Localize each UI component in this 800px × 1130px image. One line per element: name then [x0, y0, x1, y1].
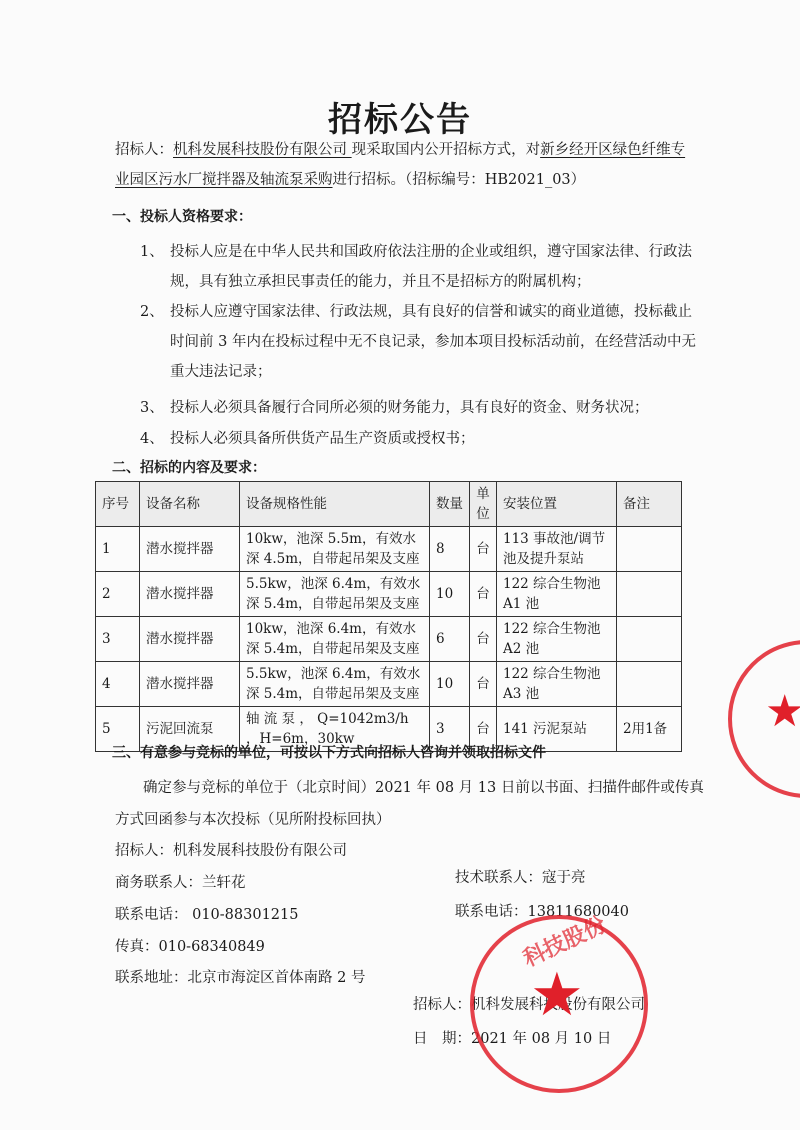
- cell-name: 潜水搅拌器: [140, 527, 240, 572]
- project-name-part2: 业园区污水厂搅拌器及轴流泵采购: [115, 172, 333, 188]
- req-1-line-1: 投标人应是在中华人民共和国政府依法注册的企业或组织，遵守国家法律、行政法: [170, 240, 692, 261]
- cell-location: 122 综合生物池 A1 池: [497, 572, 617, 617]
- cell-remark: 2用1备: [617, 707, 682, 752]
- col-header-location: 安装位置: [497, 482, 617, 527]
- tender-number: 进行招标。（招标编号：HB2021_03）: [333, 172, 586, 188]
- cell-no: 3: [96, 617, 140, 662]
- req-3-num: 3、: [140, 396, 164, 417]
- cell-spec: 10kw，池深 6.4m，有效水深 5.4m，自带起吊架及支座: [240, 617, 430, 662]
- cell-name: 潜水搅拌器: [140, 572, 240, 617]
- tech-contact: 技术联系人：寇于亮: [455, 866, 586, 887]
- table-row: 2 潜水搅拌器 5.5kw，池深 6.4m，有效水深 5.4m，自带起吊架及支座…: [96, 572, 682, 617]
- cell-qty: 10: [430, 662, 470, 707]
- cell-unit: 台: [470, 662, 497, 707]
- col-header-qty: 数量: [430, 482, 470, 527]
- document-title: 招标公告: [0, 92, 800, 141]
- table-row: 4 潜水搅拌器 5.5kw，池深 6.4m，有效水深 5.4m，自带起吊架及支座…: [96, 662, 682, 707]
- cell-unit: 台: [470, 617, 497, 662]
- cell-qty: 6: [430, 617, 470, 662]
- seal-star-icon: ★: [530, 965, 584, 1025]
- req-3-line-1: 投标人必须具备履行合同所必须的财务能力，具有良好的资金、财务状况；: [170, 396, 649, 417]
- cell-name: 潜水搅拌器: [140, 662, 240, 707]
- section-3-heading: 三、有意参与竞标的单位，可按以下方式向招标人咨询并领取招标文件: [112, 742, 546, 762]
- cell-remark: [617, 572, 682, 617]
- intro-line-1: 招标人：机科发展科技股份有限公司 现采取国内公开招标方式，对新乡经开区绿色纤维专: [115, 138, 685, 159]
- cell-remark: [617, 662, 682, 707]
- cell-location: 113 事故池/调节池及提升泵站: [497, 527, 617, 572]
- tenderer-name: 机科发展科技股份有限公司: [173, 142, 352, 158]
- req-2-num: 2、: [140, 300, 164, 321]
- cell-spec: 5.5kw，池深 6.4m，有效水深 5.4m，自带起吊架及支座: [240, 572, 430, 617]
- col-header-remark: 备注: [617, 482, 682, 527]
- section-3-para-line-1: 确定参与竞标的单位于（北京时间）2021 年 08 月 13 日前以书面、扫描件…: [143, 776, 704, 797]
- cell-unit: 台: [470, 572, 497, 617]
- req-2-line-2: 时间前 3 年内在投标过程中无不良记录，参加本项目投标活动前，在经营活动中无: [170, 330, 696, 351]
- req-2-line-1: 投标人应遵守国家法律、行政法规，具有良好的信誉和诚实的商业道德，投标截止: [170, 300, 692, 321]
- partial-seal-star-icon: ★: [765, 690, 800, 734]
- cell-location: 122 综合生物池 A2 池: [497, 617, 617, 662]
- col-header-unit: 单位: [470, 482, 497, 527]
- project-name-part1: 新乡经开区绿色纤维专: [540, 142, 685, 158]
- req-4-line-1: 投标人必须具备所供货产品生产资质或授权书；: [170, 427, 475, 448]
- col-header-spec: 设备规格性能: [240, 482, 430, 527]
- tenderer-label: 招标人：: [115, 142, 173, 158]
- section-3-para-line-2: 方式回函参与本次投标（见所附投标回执）: [115, 808, 391, 829]
- cell-location: 122 综合生物池 A3 池: [497, 662, 617, 707]
- equipment-table: 序号 设备名称 设备规格性能 数量 单位 安装位置 备注 1 潜水搅拌器 10k…: [95, 481, 682, 752]
- contact-tenderer: 招标人：机科发展科技股份有限公司: [115, 839, 347, 860]
- business-contact: 商务联系人：兰轩花: [115, 871, 246, 892]
- table-row: 1 潜水搅拌器 10kw，池深 5.5m，有效水深 4.5m，自带起吊架及支座 …: [96, 527, 682, 572]
- table-header-row: 序号 设备名称 设备规格性能 数量 单位 安装位置 备注: [96, 482, 682, 527]
- cell-remark: [617, 617, 682, 662]
- cell-unit: 台: [470, 527, 497, 572]
- cell-no: 1: [96, 527, 140, 572]
- cell-qty: 8: [430, 527, 470, 572]
- cell-remark: [617, 527, 682, 572]
- table-row: 3 潜水搅拌器 10kw，池深 6.4m，有效水深 5.4m，自带起吊架及支座 …: [96, 617, 682, 662]
- req-4-num: 4、: [140, 427, 164, 448]
- fax: 传真：010-68340849: [115, 935, 265, 956]
- cell-qty: 10: [430, 572, 470, 617]
- cell-no: 4: [96, 662, 140, 707]
- intro-method: 现采取国内公开招标方式，对: [352, 142, 541, 158]
- req-1-num: 1、: [140, 240, 164, 261]
- section-1-heading: 一、投标人资格要求：: [112, 206, 252, 226]
- cell-no: 2: [96, 572, 140, 617]
- cell-name: 潜水搅拌器: [140, 617, 240, 662]
- cell-spec: 5.5kw，池深 6.4m，有效水深 5.4m，自带起吊架及支座: [240, 662, 430, 707]
- section-2-heading: 二、招标的内容及要求：: [112, 457, 266, 477]
- req-2-line-3: 重大违法记录；: [170, 360, 272, 381]
- address: 联系地址：北京市海淀区首体南路 2 号: [115, 966, 365, 987]
- intro-line-2: 业园区污水厂搅拌器及轴流泵采购进行招标。（招标编号：HB2021_03）: [115, 168, 585, 189]
- col-header-name: 设备名称: [140, 482, 240, 527]
- req-1-line-2: 规，具有独立承担民事责任的能力，并且不是招标方的附属机构；: [170, 270, 591, 291]
- col-header-no: 序号: [96, 482, 140, 527]
- business-phone: 联系电话： 010-88301215: [115, 903, 299, 924]
- cell-spec: 10kw，池深 5.5m，有效水深 4.5m，自带起吊架及支座: [240, 527, 430, 572]
